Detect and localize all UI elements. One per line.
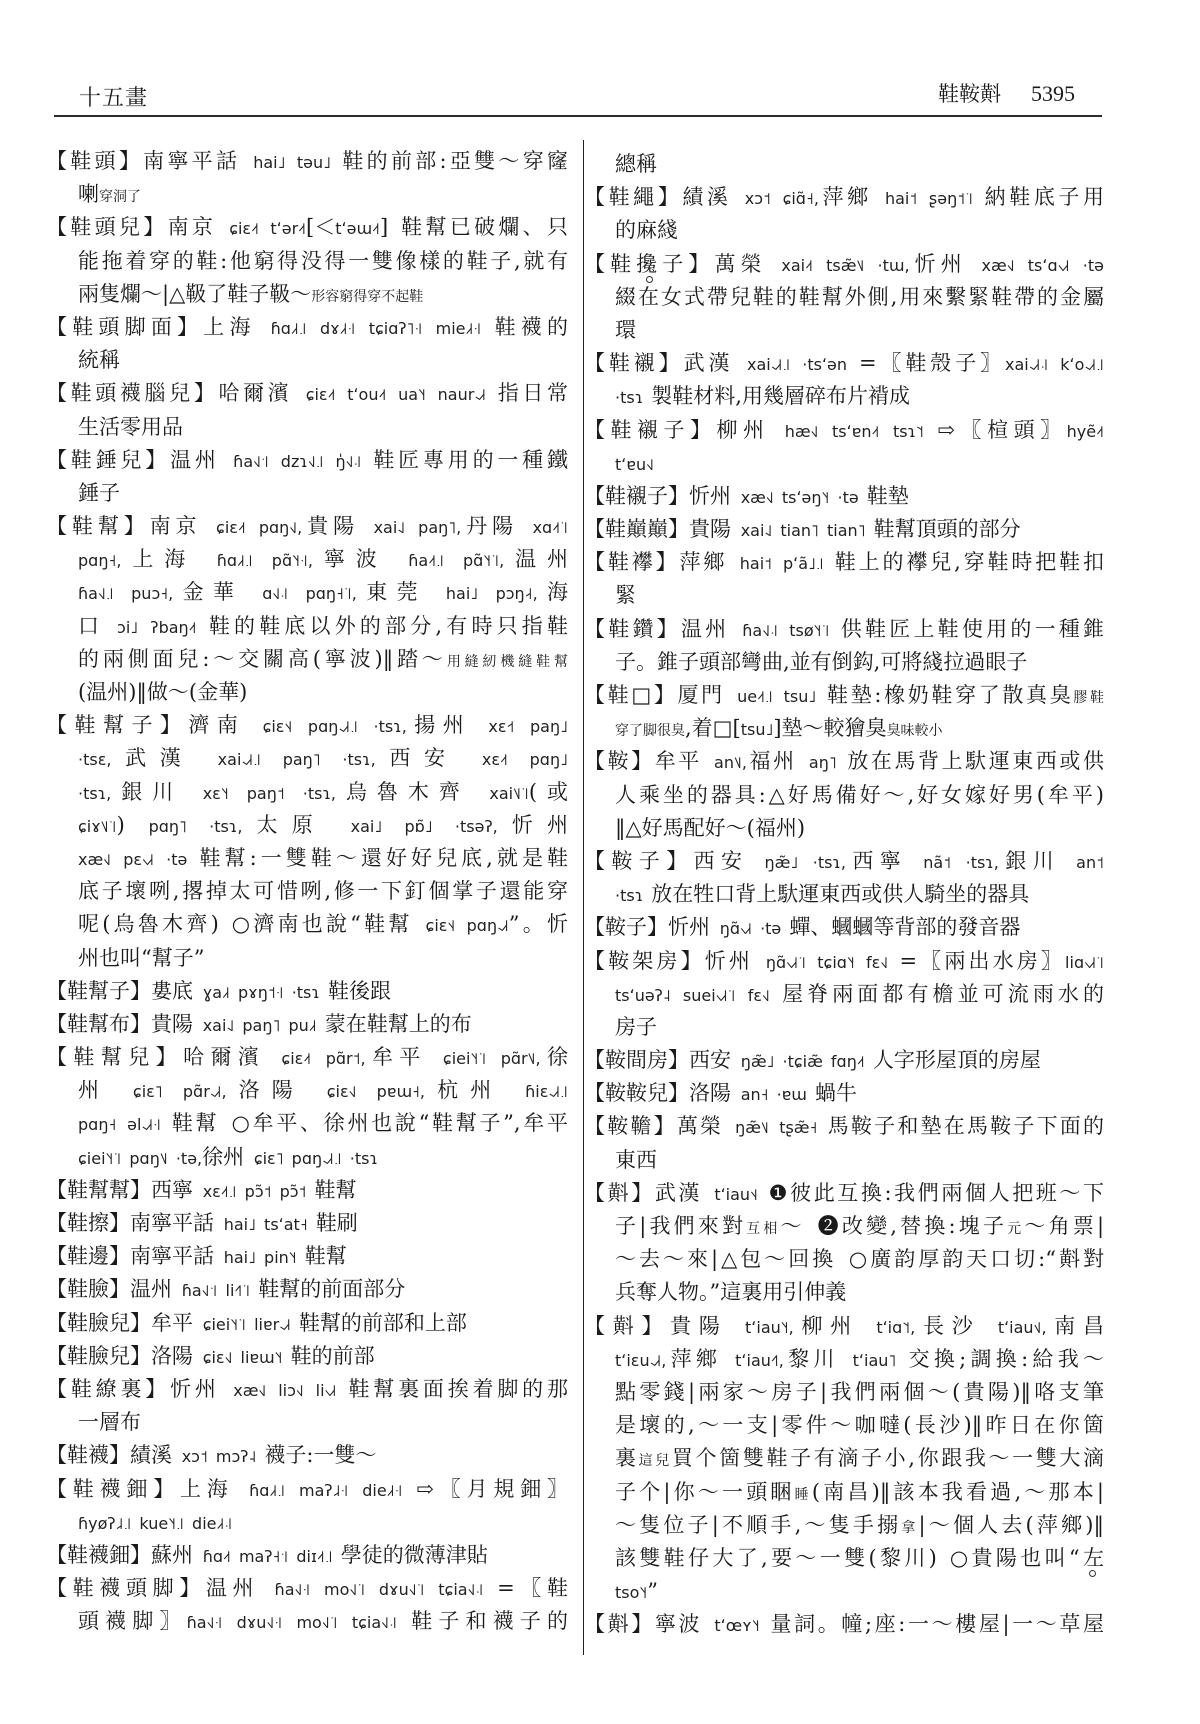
phonetic-transcription: xɑ˨˦꜈ bbox=[533, 518, 568, 537]
entry-text: 鞋上的襻兒,穿鞋時把鞋扣 bbox=[835, 550, 1104, 574]
dictionary-line: 【鞋臉兒】牟平 ɕiei˥˧꜈ liɐr˨˩˧ 鞋幫的前部和上部 bbox=[46, 1307, 568, 1340]
phonetic-transcription: ŋɑ̃˧˩˧꜈ tɕiɑ˥˧ fɛ˧˩ bbox=[766, 953, 900, 972]
entry-text: 鞋的鞋底以外的部分,有時只指鞋 bbox=[209, 614, 568, 638]
entry-text: 績溪 bbox=[130, 1443, 182, 1467]
phonetic-transcription: tso˥˧ bbox=[615, 1583, 647, 1602]
dictionary-line: 【鞍子】西安 ŋæ̃˩ ·tsɿ,西寧 nã˦ ·tsɿ,銀川 an˦ bbox=[584, 845, 1104, 878]
dictionary-line: 【鞍架房】忻州 ŋɑ̃˧˩˧꜈ tɕiɑ˥˧ fɛ˧˩ =〖兩出水房〗liɑ˧˩… bbox=[584, 945, 1104, 978]
phonetic-transcription: xɔ˦ mɔʔ˨ bbox=[182, 1447, 265, 1466]
dictionary-line: tsʻuəʔ˨ suei˧˩˧꜈ fɛ˧˩ 屋脊兩面都有檐並可流雨水的 bbox=[584, 978, 1104, 1011]
page-number: 5395 bbox=[1031, 81, 1075, 107]
small-gloss: 臭味較小 bbox=[887, 723, 943, 739]
entry-text: 南寧平話 bbox=[130, 1211, 224, 1235]
entry-text: 鞋的前部 bbox=[291, 1344, 375, 1368]
phonetic-transcription: xɛ˧˦ paŋ˩ bbox=[488, 717, 568, 736]
dictionary-line: xæ˧˩ pɛ˧˩˧ ·tə 鞋幫:一雙鞋～還好好兒底,就是鞋 bbox=[46, 842, 568, 875]
entry-text: 量詞。幢;座:一～樓屋|一～草屋 bbox=[771, 1612, 1105, 1636]
dictionary-line: tʻiɛu˨˩˧,萍鄉 tʻiau˧˥,黎川 tʻiau˥ 交換;調換:給我～ bbox=[584, 1343, 1104, 1376]
phonetic-transcription: ɦɑ˩˧꜌ maʔ˩˨꜊ die˩˧꜊ bbox=[249, 1481, 416, 1500]
dictionary-line: 【鞋頭兒】南京 ɕiɛ˨˦ tʻər˨˦[＜tʻəɯ˨˦] 鞋幫已破爛、只 bbox=[46, 211, 568, 244]
dictionary-line: 子|我們來對互相～ ❷改變,替換:塊子元～角票| bbox=[584, 1210, 1104, 1243]
entry-text: 底子壞咧,撂掉太可惜咧,修一下釘個掌子還能穿 bbox=[78, 879, 568, 903]
entry-text: 西寧 bbox=[151, 1178, 203, 1202]
dictionary-line: 能拖着穿的鞋:他窮得没得一雙像樣的鞋子,就有 bbox=[46, 245, 568, 278]
entry-text: 忻州 bbox=[910, 252, 982, 276]
dictionary-line: tʻɐu˧˩ bbox=[584, 447, 1104, 480]
entry-text: 柳州 bbox=[794, 1314, 877, 1338]
entry-text: 温州 bbox=[206, 1576, 275, 1600]
entry-text: 鞋匠專用的一種鐵 bbox=[373, 448, 568, 472]
headword: 【鞋幫幫】 bbox=[46, 1178, 151, 1202]
phonetic-transcription: tsʻuəʔ˨ suei˧˩˧꜈ fɛ˧˩ bbox=[615, 986, 782, 1005]
entry-text: 上海 bbox=[121, 547, 216, 571]
entry-text: 婁底 bbox=[151, 979, 203, 1003]
entry-text: 總稱 bbox=[615, 152, 657, 176]
entry-text: 供鞋匠上鞋使用的一種錐 bbox=[841, 617, 1104, 641]
entry-text: 喇 bbox=[78, 182, 99, 206]
dictionary-line: 【鞍鞍兒】洛陽 an˧ ·ɐɯ 蝸牛 bbox=[584, 1077, 1104, 1110]
entry-text: 忻州 bbox=[498, 813, 568, 837]
dictionary-line: 【鞋襪頭脚】温州 ɦa˧˩꜊ mo˧˩꜈ dɤu˧˩꜈ tɕia˧˩꜋ =〖鞋 bbox=[46, 1572, 568, 1605]
dictionary-line: 【鞋襪鈿】蘇州 ɦɑ˨˦ maʔ˧꜉ diɪ˨˦꜌ 學徒的微薄津貼 bbox=[46, 1539, 568, 1572]
dictionary-line: ɕiei˥˧꜈ pɑŋ˥˩ ·tə,徐州 ɕiɛ˥ pɑŋ˨˩˧꜌ ·tsɿ bbox=[46, 1141, 568, 1174]
headword: 【斢】 bbox=[584, 1181, 655, 1205]
entry-text: 忻州 bbox=[170, 1377, 233, 1401]
entry-text: 貴陽 bbox=[151, 1012, 203, 1036]
entry-text: ” bbox=[647, 1579, 658, 1603]
entry-text: 南寧平話 bbox=[130, 1244, 224, 1268]
entry-text: 放在馬背上馱運東西或供 bbox=[847, 749, 1104, 773]
entry-text: ]墊～較獪臭 bbox=[773, 716, 886, 740]
headword: 【鞋頭脚面】 bbox=[46, 315, 203, 339]
phonetic-transcription: aŋ˥ bbox=[809, 753, 847, 772]
headword: 【鞋頭】 bbox=[46, 149, 143, 173]
entry-text: 萍鄉 bbox=[819, 185, 885, 209]
entry-text: ⇨〖楦頭〗 bbox=[938, 418, 1067, 442]
small-gloss: 形容窮得穿不起鞋 bbox=[311, 289, 423, 305]
entry-text: 緊 bbox=[615, 583, 636, 607]
headword: 【鞋臉兒】 bbox=[46, 1344, 151, 1368]
entry-text: 萬榮 bbox=[677, 1114, 735, 1138]
entry-text: 房子 bbox=[615, 1015, 657, 1039]
entry-text: 徐州 bbox=[202, 1145, 254, 1169]
dictionary-line: 【鞋邊】南寧平話 hai˩ pin˥˧ 鞋幫 bbox=[46, 1240, 568, 1273]
phonetic-transcription: tʻiau˦˩, bbox=[998, 1318, 1047, 1337]
headword: 【鞋□】 bbox=[584, 683, 677, 707]
dictionary-line: 兵奪人物。”這裏用引伸義 bbox=[584, 1276, 1104, 1309]
entry-text: 鞋墊:橡奶鞋穿了散真臭 bbox=[827, 683, 1073, 707]
phonetic-transcription: ɦiɛ˨˩˧꜌ bbox=[525, 1082, 568, 1101]
phonetic-transcription: xai˨˩ paŋ˥, bbox=[374, 518, 462, 537]
entry-text: 銀川 bbox=[999, 849, 1076, 873]
entry-text: 温州 bbox=[504, 547, 568, 571]
small-gloss: 穿了脚很臭 bbox=[615, 723, 685, 739]
entry-text: [＜ bbox=[306, 215, 335, 239]
dictionary-line: 【鞋鑽】温州 ɦa˧˩꜋ tsø˥˧꜈ 供鞋匠上鞋使用的一種錐 bbox=[584, 613, 1104, 646]
entry-text: 西安 bbox=[694, 849, 765, 873]
headword: 【鞋襯子】 bbox=[584, 484, 689, 508]
entry-text: 忻州 bbox=[668, 915, 720, 939]
dictionary-line: 底子壞咧,撂掉太可惜咧,修一下釘個掌子還能穿 bbox=[46, 875, 568, 908]
phonetic-transcription: ɦɑ˩˧꜌ dɤ˩˧꜊ tɕiɑʔ˥꜊ mie˩˧꜊ bbox=[271, 319, 495, 338]
phonetic-transcription: ɦɑ˨˦ maʔ˧꜉ diɪ˨˦꜌ bbox=[203, 1547, 341, 1566]
phonetic-transcription: ɦɑ˩˧꜌ pɑ̃˥˧꜊, bbox=[217, 551, 313, 570]
entry-text: ] 鞋幫已破爛、只 bbox=[380, 215, 568, 239]
entry-text: ～隻位子|不順手,～隻手搦 bbox=[615, 1513, 901, 1537]
phonetic-transcription: ɣa˩˧ pɤŋ˦꜊ ·tsɿ bbox=[203, 983, 328, 1002]
small-gloss: 睡 bbox=[795, 1487, 812, 1503]
dictionary-line: ·tsɿ,銀川 xɛ˥˧ paŋ˦ ·tsɿ,烏魯木齊 xai˥˩꜈(或 bbox=[46, 776, 568, 809]
entry-text: 鞋刷 bbox=[316, 1211, 358, 1235]
dictionary-line: ‖△好馬配好～(福州) bbox=[584, 812, 1104, 845]
entry-text: (或 bbox=[529, 780, 568, 804]
entry-text: 襪子:一雙～ bbox=[264, 1443, 376, 1467]
small-gloss: 這兒 bbox=[639, 1453, 672, 1469]
entry-text: 温州 bbox=[170, 448, 233, 472]
headword: 【鞋臉兒】 bbox=[46, 1311, 151, 1335]
phonetic-transcription: nã˦ ·tsɿ, bbox=[923, 853, 999, 872]
dictionary-line: ～去～來|△包～回換 ○廣韵厚韵天口切:“斢對 bbox=[584, 1243, 1104, 1276]
phonetic-transcription: tsu˩ bbox=[741, 720, 774, 739]
entry-text: 兵奪人物。”這裏用引伸義 bbox=[615, 1280, 846, 1304]
dictionary-line: 穿了脚很臭,着□[tsu˩]墊～較獪臭臭味較小 bbox=[584, 712, 1104, 745]
entry-text: 裏 bbox=[615, 1446, 639, 1470]
headword: 【鞋頭襪腦兒】 bbox=[46, 381, 218, 405]
phonetic-transcription: ŋæ̃˩ ·tsɿ, bbox=[765, 853, 847, 872]
phonetic-transcription: xai˨˩˧꜌ paŋ˥ ·tsɿ, bbox=[218, 750, 376, 769]
entry-text: 人乘坐的器具:△好馬備好～,好女嫁好男(牟平) bbox=[615, 783, 1104, 807]
entry-text: 洛陽 bbox=[227, 1078, 327, 1102]
entry-text: ) bbox=[117, 813, 149, 837]
entry-text: 綴在女式帶兒鞋的鞋幫外側,用來繫緊鞋帶的金屬 bbox=[615, 285, 1104, 309]
entry-text: 武漢 bbox=[111, 746, 217, 770]
entry-text: ,着□[ bbox=[685, 716, 741, 740]
headword: 【斢】 bbox=[584, 1612, 655, 1636]
entry-text: 烏魯木齊 bbox=[336, 780, 489, 804]
phonetic-transcription: xæ˧˩ tsʻɑ˧˩˧ ·tə bbox=[982, 256, 1104, 275]
headword: 【鞋邊】 bbox=[46, 1244, 130, 1268]
phonetic-transcription: hai˩ təu˩ bbox=[253, 153, 342, 172]
entry-text: 人字形屋頂的房屋 bbox=[873, 1048, 1041, 1072]
dictionary-line: ɦa˧˩꜌ puɔ˧,金華 ɑ˧˩꜋ pɑŋ˧꜈,東莞 hai˩ pɔŋ˨˧,海 bbox=[46, 576, 568, 609]
entry-text: 呢(烏魯木齊) ○濟南也說“鞋幫 bbox=[78, 912, 426, 936]
headword: 【鞋幫】 bbox=[46, 514, 150, 538]
dictionary-line: ～隻位子|不順手,～隻手搦拿|～個人去(萍鄉)‖ bbox=[584, 1509, 1104, 1542]
dictionary-line: 【鞋臉】温州 ɦa˧˩꜉ li˧˥꜈ 鞋幫的前面部分 bbox=[46, 1273, 568, 1306]
entry-text: 上海 bbox=[180, 1477, 249, 1501]
phonetic-transcription: ɕiɛ˧˩ pɐɯ˧, bbox=[327, 1082, 425, 1101]
entry-text: 蟬、蟈蟈等背部的發音器 bbox=[789, 915, 1020, 939]
headword: 【鞍韂】 bbox=[584, 1114, 677, 1138]
entry-text: 貴陽 bbox=[689, 517, 741, 541]
dictionary-line: 【鞋幫子】婁底 ɣa˩˧ pɤŋ˦꜊ ·tsɿ 鞋後跟 bbox=[46, 975, 568, 1008]
entry-text: 鞋幫:一雙鞋～還好好兒底,就是鞋 bbox=[200, 846, 569, 870]
entry-text: 丹陽 bbox=[461, 514, 532, 538]
phonetic-transcription: xai˨˩ tian˥ tian˥ bbox=[741, 521, 874, 540]
dictionary-line: 的麻綫 bbox=[584, 214, 1104, 247]
dictionary-line: 【斢】寧波 tʻœʏ˥˧ 量詞。幢;座:一～樓屋|一～草屋 bbox=[584, 1608, 1104, 1641]
phonetic-transcription: ɕiei˥˧꜈ liɐr˨˩˧ bbox=[203, 1315, 299, 1334]
entry-text: 放在牲口背上馱運東西或供人騎坐的器具 bbox=[651, 882, 1029, 906]
headword: 【鞋巔巔】 bbox=[584, 517, 689, 541]
phonetic-transcription: ɦa˧˩꜉ li˧˥꜈ bbox=[182, 1281, 259, 1300]
entry-text: 萍鄉 bbox=[666, 1347, 735, 1371]
dictionary-line: 【斢】武漢 tʻiau˦˨ ❶彼此互換:我們兩個人把班～下 bbox=[584, 1177, 1104, 1210]
dictionary-line: 【鞋幫兒】哈爾濱 ɕiɛ˨˦ pɑ̃r˦,牟平 ɕiei˥˧꜈ pɑ̃r˥˩,徐 bbox=[46, 1041, 568, 1074]
phonetic-transcription: tʻiau˥ bbox=[853, 1351, 909, 1370]
entry-text: 鞋墊 bbox=[867, 484, 909, 508]
entry-text: 點零錢|兩家～房子|我們兩個～(貴陽)‖咯支筆 bbox=[615, 1380, 1104, 1404]
entry-text: =〖兩出水房〗 bbox=[899, 949, 1065, 973]
small-gloss: 膠鞋 bbox=[1073, 690, 1104, 706]
entry-text: 鞋幫 ○牟平、徐州也說“鞋幫子”,牟平 bbox=[172, 1111, 568, 1135]
headword: 【鞋襪鈿】 bbox=[46, 1543, 151, 1567]
dictionary-line: 州也叫“幫子” bbox=[46, 942, 568, 975]
left-column: 【鞋頭】南寧平話 hai˩ təu˩ 鞋的前部:亞雙～穿窿喇穿洞了【鞋頭兒】南京… bbox=[46, 145, 568, 1638]
phonetic-transcription: liɑ˧˩˧꜈ bbox=[1065, 953, 1104, 972]
entry-text: (温州)‖做～(金華) bbox=[78, 680, 247, 704]
headword: 【鞍鞍兒】 bbox=[584, 1081, 689, 1105]
entry-text: 子。錐子頭部彎曲,並有倒鈎,可將綫拉過眼子 bbox=[615, 650, 1027, 674]
entry-text: 哈爾濱 bbox=[183, 1045, 281, 1069]
dictionary-line: 東西 bbox=[584, 1144, 1104, 1177]
entry-text: =〖鞋 bbox=[497, 1576, 568, 1600]
phonetic-transcription: ·tsɿ bbox=[615, 886, 651, 905]
headword: 【鞋錘兒】 bbox=[46, 448, 170, 472]
entry-text: 子|我們來對 bbox=[615, 1214, 746, 1238]
dictionary-line: 【鞋□】厦門 ue˨˦꜌ tsu˩ 鞋墊:橡奶鞋穿了散真臭膠鞋 bbox=[584, 679, 1104, 712]
dictionary-line: 【鞋頭襪腦兒】哈爾濱 ɕiɛ˨˦ tʻou˨˦ ua˥˧ naur˨˩˧ 指日常 bbox=[46, 377, 568, 410]
headword: 【鞍間房】 bbox=[584, 1048, 689, 1072]
headword: 【鞋襪】 bbox=[46, 1443, 130, 1467]
dictionary-line: 【鞋臉兒】洛陽 ɕiɛ˧˩ liɐɯ˥˧ 鞋的前部 bbox=[46, 1340, 568, 1373]
entry-text: 一層布 bbox=[78, 1410, 141, 1434]
dictionary-line: 【鞋頭】南寧平話 hai˩ təu˩ 鞋的前部:亞雙～穿窿 bbox=[46, 145, 568, 178]
entry-text: 杭州 bbox=[425, 1078, 525, 1102]
entry-text: 上海 bbox=[203, 315, 270, 339]
phonetic-transcription: an˥˩, bbox=[714, 753, 747, 772]
entry-text: 子个|你～一頭睏 bbox=[615, 1480, 795, 1504]
phonetic-transcription: ɕiɛ˦˨ pɑŋ˨˩˧ bbox=[426, 916, 509, 935]
dictionary-line: 綴在女式帶兒鞋的鞋幫外側,用來繫緊鞋帶的金屬 bbox=[584, 281, 1104, 314]
entry-text: ❶彼此互換:我們兩個人把班～下 bbox=[769, 1181, 1104, 1205]
phonetic-transcription: ɦa˧˩꜉ dzɿ˧˩꜌ ŋ̍˧˩꜋ bbox=[233, 452, 373, 471]
entry-text: 州也叫“幫子” bbox=[78, 946, 204, 970]
section-label: 十五畫 bbox=[79, 86, 148, 112]
headword: 【鞋頭兒】 bbox=[46, 215, 168, 239]
dictionary-line: 裏這兒買个箇雙鞋子有滴子小,你跟我～一雙大滴 bbox=[584, 1442, 1104, 1475]
entry-text: 武漢 bbox=[655, 1181, 715, 1205]
entry-text: 牟平 bbox=[366, 1045, 443, 1069]
entry-text: 納鞋底子用 bbox=[985, 185, 1104, 209]
dictionary-line: 統稱 bbox=[46, 344, 568, 377]
phonetic-transcription: ɦa˧˩꜊ dɤu˧˩꜊ mo˧˩꜈ tɕia˧˩꜋ bbox=[187, 1613, 412, 1632]
phonetic-transcription: hai˩ tsʻat˧ bbox=[224, 1215, 316, 1234]
dictionary-line: ·tsɿ 製鞋材料,用幾層碎布片褙成 bbox=[584, 380, 1104, 413]
header-rule bbox=[54, 115, 1102, 117]
dictionary-line: 是壞的,～一支|零件～咖噠(長沙)‖昨日在你箇 bbox=[584, 1409, 1104, 1442]
entry-text: 海 bbox=[538, 580, 568, 604]
phonetic-transcription: xæ˧˩ liɔ˧˩ li˧˩˧ bbox=[233, 1381, 348, 1400]
entry-text: 南寧平話 bbox=[143, 149, 253, 173]
dictionary-line: 兩隻爛～|△靸了鞋子靸～形容窮得穿不起鞋 bbox=[46, 278, 568, 311]
entry-text: 口 bbox=[78, 614, 117, 638]
entry-text: 學徒的微薄津貼 bbox=[341, 1543, 488, 1567]
entry-text: 西安 bbox=[689, 1048, 741, 1072]
phonetic-transcription: pɑŋ˥ ·tsɿ, bbox=[149, 817, 243, 836]
entry-text: 萍鄉 bbox=[679, 550, 739, 574]
entry-text: 生活零用品 bbox=[78, 415, 183, 439]
phonetic-transcription: ɑ˧˩꜋ pɑŋ˧꜈, bbox=[262, 584, 357, 603]
dictionary-line: 【鞍】牟平 an˥˩,福州 aŋ˥ 放在馬背上馱運東西或供 bbox=[584, 745, 1104, 778]
dictionary-line: 喇穿洞了 bbox=[46, 178, 568, 211]
entry-text: 買个箇雙鞋子有滴子小,你跟我～一雙大滴 bbox=[672, 1446, 1104, 1470]
right-column: 總稱【鞋繩】績溪 xɔ˦ ɕiɑ̃˧,萍鄉 hai˦ ʂəŋ˦꜈ 納鞋底子用的麻… bbox=[584, 148, 1104, 1641]
phonetic-transcription: ɕiɛ˨˦ tʻou˨˦ ua˥˧ naur˨˩˧ bbox=[306, 385, 498, 404]
dictionary-line: 【鞋襯子】忻州 xæ˧˩ tsʻəŋ˥˧ ·tə 鞋墊 bbox=[584, 480, 1104, 513]
dictionary-line: 【鞍間房】西安 ŋæ̃˩ ·tɕiæ̃ fɑŋ˨˦ 人字形屋頂的房屋 bbox=[584, 1044, 1104, 1077]
entry-text: 洛陽 bbox=[151, 1344, 203, 1368]
headword: 【鞍子】 bbox=[584, 915, 668, 939]
entry-text: 統稱 bbox=[78, 348, 120, 372]
phonetic-transcription: an˦ bbox=[1076, 853, 1104, 872]
phonetic-transcription: hyẽ˨˦ bbox=[1067, 422, 1104, 441]
entry-text: 鞋的前部:亞雙～穿窿 bbox=[342, 149, 568, 173]
dictionary-line: 的兩側面兒:～交關高(寧波)‖踏～用縫紉機縫鞋幫 bbox=[46, 643, 568, 676]
dictionary-line: 【鞋幫子】濟南 ɕiɛ˦˨ pɑŋ˨˩˧꜌ ·tsɿ,揚州 xɛ˧˦ paŋ˩ bbox=[46, 709, 568, 742]
phonetic-transcription: tʻiau˧˥, bbox=[735, 1351, 784, 1370]
dictionary-line: 【鞋襪鈿】上海 ɦɑ˩˧꜌ maʔ˩˨꜊ die˩˧꜊ ⇨〖月規鈿〗 bbox=[46, 1473, 568, 1506]
phonetic-transcription: xæ˧˩ tsʻəŋ˥˧ ·tə bbox=[741, 488, 867, 507]
phonetic-transcription: xai˨˦ tsæ̃˥˩ ·tɯ, bbox=[781, 256, 909, 275]
dictionary-line: 【鞋頭脚面】上海 ɦɑ˩˧꜌ dɤ˩˧꜊ tɕiɑʔ˥꜊ mie˩˧꜊ 鞋襪的 bbox=[46, 311, 568, 344]
entry-text: 濟南 bbox=[188, 713, 262, 737]
phonetic-transcription: ɦa˧˩꜊ mo˧˩꜈ dɤu˧˩꜈ tɕia˧˩꜋ bbox=[275, 1580, 498, 1599]
headword: 【鞋襻】 bbox=[584, 550, 679, 574]
phonetic-transcription: ɕiei˥˧꜈ pɑŋ˥˩ ·tə, bbox=[78, 1149, 202, 1168]
entry-text: 寧波 bbox=[313, 547, 408, 571]
entry-text: 鞋後跟 bbox=[328, 979, 391, 1003]
headword: 【鞍架房】 bbox=[584, 949, 705, 973]
entry-text: 鞋子和襪子的 bbox=[411, 1609, 568, 1633]
entry-text: 忻州 bbox=[705, 949, 766, 973]
headword: 【鞋臉】 bbox=[46, 1277, 130, 1301]
dictionary-line: 總稱 bbox=[584, 148, 1104, 181]
headword: 【斢】 bbox=[584, 1314, 670, 1338]
dictionary-line: ɕiɤ˥˩꜈) pɑŋ˥ ·tsɿ,太原 xai˩ pɒ̃˩ ·tsəʔ,忻州 bbox=[46, 809, 568, 842]
entry-text: 萬榮 bbox=[714, 252, 781, 276]
entry-text: 該雙鞋仔大了,要～一雙(黎川) ○貴陽也叫“ bbox=[615, 1546, 1080, 1570]
entry-text: 州 bbox=[78, 1078, 133, 1102]
dictionary-line: 【鞋幫幫】西寧 xɛ˨˦꜌ pɔ̃˦ pɔ̃˦ 鞋幫 bbox=[46, 1174, 568, 1207]
dictionary-line: 【鞋襪】績溪 xɔ˦ mɔʔ˨ 襪子:一雙～ bbox=[46, 1439, 568, 1472]
phonetic-transcription: hai˩ pɔŋ˨˧, bbox=[446, 584, 538, 603]
dictionary-line: 頭襪脚〗ɦa˧˩꜊ dɤu˧˩꜊ mo˧˩꜈ tɕia˧˩꜋ 鞋子和襪子的 bbox=[46, 1605, 568, 1638]
headword: 【鞋繩】 bbox=[584, 185, 682, 209]
dictionary-line: 【斢】貴陽 tʻiau˥˧,柳州 tʻiɑ˥˦,長沙 tʻiau˦˩,南昌 bbox=[584, 1310, 1104, 1343]
entry-text: 鞋幫裏面挨着脚的那 bbox=[348, 1377, 568, 1401]
phonetic-transcription: ɕiɛ˨˦ pɑ̃r˦, bbox=[281, 1049, 365, 1068]
dictionary-line: 【鞋襯子】柳州 hæ˧˩ tsʻɐn˨˦ tsɿ˥˦ ⇨〖楦頭〗hyẽ˨˦ bbox=[584, 414, 1104, 447]
phonetic-transcription: an˧ ·ɐɯ bbox=[741, 1085, 815, 1104]
phonetic-transcription: tʻəɯ˨˦ bbox=[335, 219, 380, 238]
phonetic-transcription: tʻiau˥˧, bbox=[745, 1318, 794, 1337]
entry-text: 長沙 bbox=[915, 1314, 998, 1338]
entry-text: 蝸牛 bbox=[815, 1081, 857, 1105]
dictionary-line: 一層布 bbox=[46, 1406, 568, 1439]
dictionary-line: 該雙鞋仔大了,要～一雙(黎川) ○貴陽也叫“左 bbox=[584, 1542, 1104, 1575]
phonetic-transcription: tʻiɛu˨˩˧, bbox=[615, 1351, 666, 1370]
entry-text: 鞋幫頂頭的部分 bbox=[874, 517, 1021, 541]
entry-text: 南京 bbox=[150, 514, 216, 538]
phonetic-transcription: ue˨˦꜌ tsu˩ bbox=[737, 687, 827, 706]
phonetic-transcription: ɕiɛ˥ pɑ̃r˨˩˧, bbox=[133, 1082, 227, 1101]
entry-text: 績溪 bbox=[682, 185, 744, 209]
phonetic-transcription: ·tsɿ, bbox=[78, 784, 111, 803]
dictionary-line: ·tsɿ 放在牲口背上馱運東西或供人騎坐的器具 bbox=[584, 878, 1104, 911]
entry-text: ～角票| bbox=[1024, 1214, 1104, 1238]
entry-text: 的兩側面兒:～交關高(寧波)‖踏～ bbox=[78, 647, 447, 671]
phonetic-transcription: hai˩ pin˥˧ bbox=[224, 1248, 305, 1267]
dictionary-line: 房子 bbox=[584, 1011, 1104, 1044]
entry-text: 蒙在鞋幫上的布 bbox=[325, 1012, 472, 1036]
phonetic-transcription: ɦa˧˩꜌ puɔ˧, bbox=[78, 584, 173, 603]
headword: 【鞋鑽】 bbox=[584, 617, 681, 641]
dictionary-line: ɦyøʔ˩˨꜌ kue˥˧꜌ die˩˧꜋ bbox=[46, 1506, 568, 1539]
entry-text: 頭襪脚〗 bbox=[78, 1609, 187, 1633]
dictionary-line: 【鞋幫布】貴陽 xai˨˩ paŋ˥ pu˩˧ 蒙在鞋幫上的布 bbox=[46, 1008, 568, 1041]
phonetic-transcription: ·tsɛ, bbox=[78, 750, 111, 769]
dictionary-line: 【鞋擦】南寧平話 hai˩ tsʻat˧ 鞋刷 bbox=[46, 1207, 568, 1240]
phonetic-transcription: ɕiɛ˨˦ tʻər˨˦ bbox=[229, 219, 306, 238]
entry-text: 鞋襪的 bbox=[495, 315, 568, 339]
entry-text: 東西 bbox=[615, 1148, 657, 1172]
dictionary-line: 【鞋襻】萍鄉 hai˦ pʻã˩꜌ 鞋上的襻兒,穿鞋時把鞋扣 bbox=[584, 546, 1104, 579]
phonetic-transcription: hai˦ pʻã˩꜌ bbox=[740, 554, 835, 573]
homophone-marked-char: 左 bbox=[1080, 1546, 1104, 1570]
phonetic-transcription: ɕiɛ˧˩ liɐɯ˥˧ bbox=[203, 1348, 291, 1367]
dictionary-line: 環 bbox=[584, 314, 1104, 347]
entry-text: 指日常 bbox=[498, 381, 568, 405]
entry-text: 温州 bbox=[130, 1277, 182, 1301]
phonetic-transcription: ɦyøʔ˩˨꜌ kue˥˧꜌ die˩˧꜋ bbox=[78, 1514, 232, 1533]
headword: 【鞋幫兒】 bbox=[46, 1045, 183, 1069]
phonetic-transcription: ·tsɿ bbox=[615, 388, 651, 407]
entry-text: 温州 bbox=[681, 617, 742, 641]
entry-text: 錘子 bbox=[78, 481, 120, 505]
dictionary-line: tso˥˧” bbox=[584, 1575, 1104, 1608]
dictionary-line: 子个|你～一頭睏睡(南昌)‖該本我看過,～那本| bbox=[584, 1476, 1104, 1509]
phonetic-transcription: xai˨˩˧꜌ ·tsʻən bbox=[747, 355, 859, 374]
entry-text: 西安 bbox=[376, 746, 482, 770]
entry-text: 能拖着穿的鞋:他窮得没得一雙像樣的鞋子,就有 bbox=[78, 249, 568, 273]
phonetic-transcription: xai˩ pɒ̃˩ ·tsəʔ, bbox=[351, 817, 498, 836]
entry-text: 屋脊兩面都有檐並可流雨水的 bbox=[782, 982, 1104, 1006]
entry-text: 交換;調換:給我～ bbox=[909, 1347, 1104, 1371]
entry-text: 洛陽 bbox=[689, 1081, 741, 1105]
entry-text: 環 bbox=[615, 318, 636, 342]
entry-text: ⇨〖月規鈿〗 bbox=[416, 1477, 568, 1501]
dictionary-line: 緊 bbox=[584, 579, 1104, 612]
phonetic-transcription: xɛ˥˧ paŋ˦ ·tsɿ, bbox=[203, 784, 336, 803]
phonetic-transcription: pɑŋ˧ əl˨˩˧꜊ bbox=[78, 1115, 172, 1134]
entry-text: 貴陽 bbox=[670, 1314, 745, 1338]
phonetic-transcription: ŋɑ̃˧˩˧ ·tə bbox=[720, 919, 790, 938]
headword: 【鞋襪鈿】 bbox=[46, 1477, 180, 1501]
dictionary-line: pɑŋ˧ əl˨˩˧꜊ 鞋幫 ○牟平、徐州也說“鞋幫子”,牟平 bbox=[46, 1107, 568, 1140]
entry-text: 鞋幫 bbox=[305, 1244, 347, 1268]
entry-text: 蘇州 bbox=[151, 1543, 203, 1567]
